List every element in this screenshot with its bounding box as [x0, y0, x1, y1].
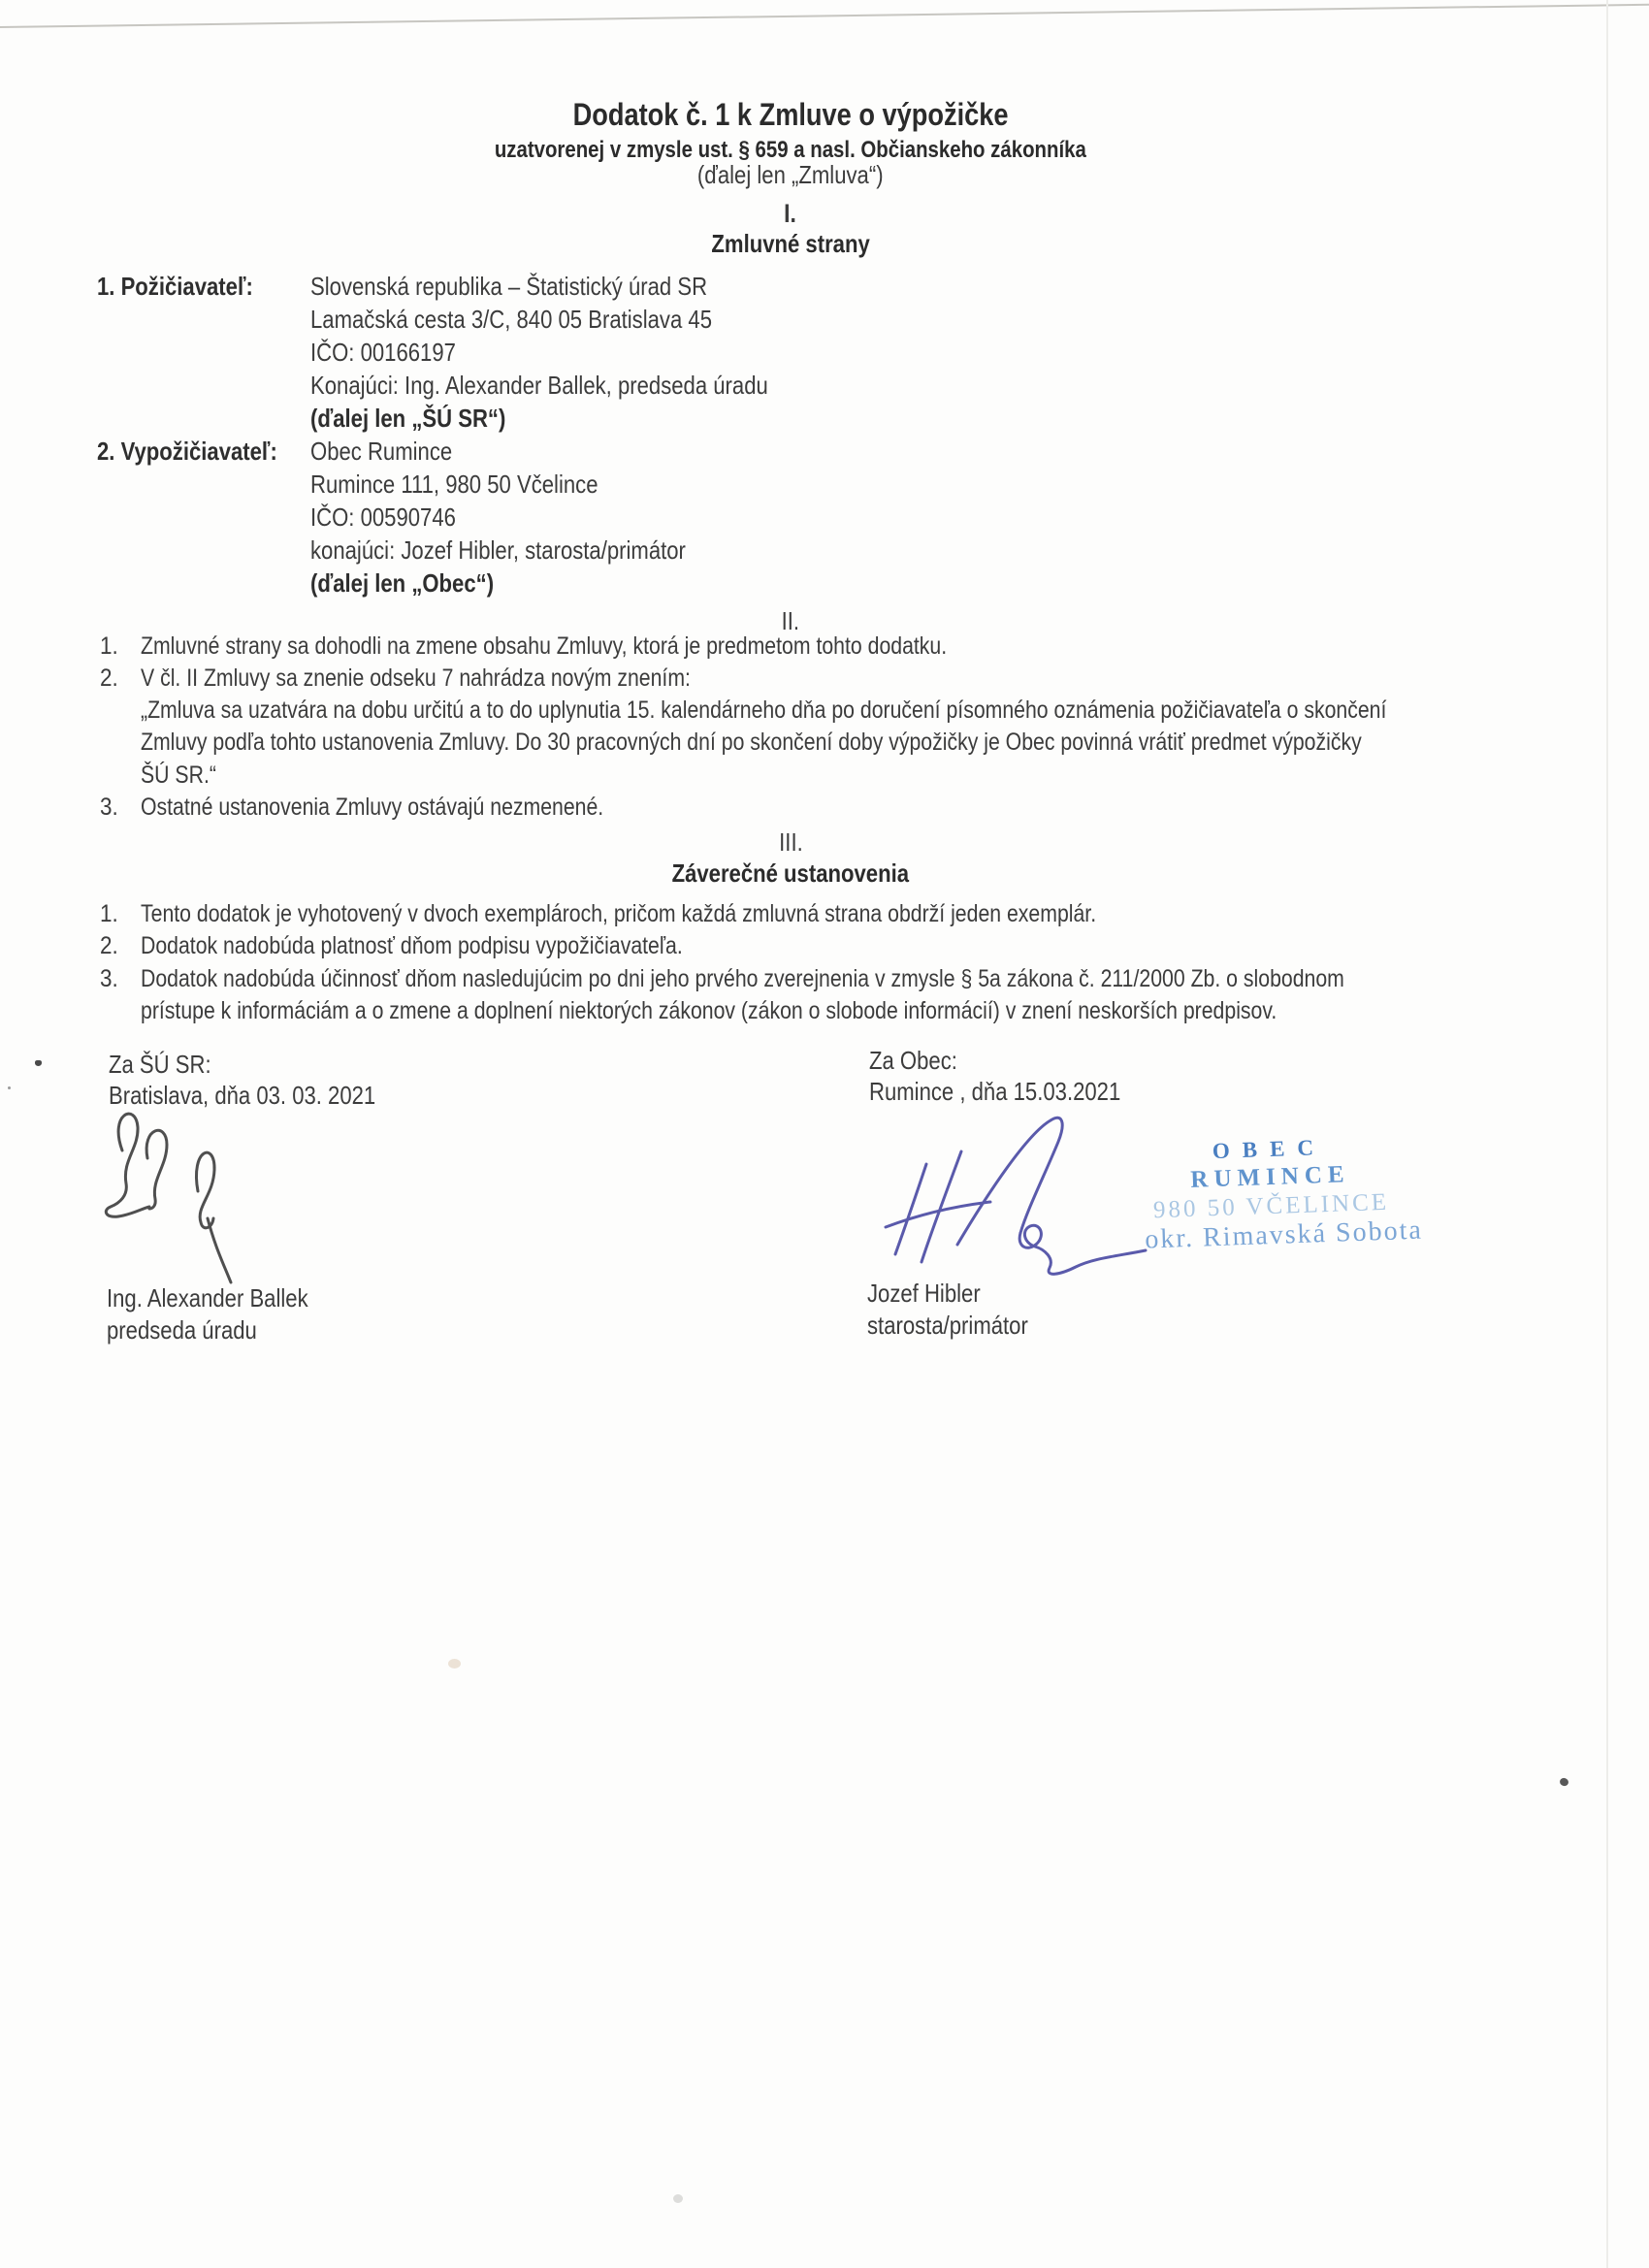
- party-2-label: 2. Vypožičiavateľ:: [97, 435, 277, 468]
- party-2-name: Obec Rumince: [310, 435, 686, 468]
- party-2-address: Rumince 111, 980 50 Včelince: [310, 468, 686, 501]
- section-2-item-2-number: 2.: [100, 663, 135, 695]
- party-1-name: Slovenská republika – Štatistický úrad S…: [310, 270, 768, 303]
- party-2-alias: (ďalej len „Obec“): [310, 567, 686, 599]
- section-3-item-2-text: Dodatok nadobúda platnosť dňom podpisu v…: [141, 930, 683, 962]
- section-2-item-1-number: 1.: [100, 631, 135, 663]
- section-3-item-3-text-line-1: Dodatok nadobúda účinnosť dňom nasledujú…: [141, 963, 1344, 995]
- scan-speck: [35, 1060, 42, 1066]
- section-3-item-1-number: 1.: [100, 898, 135, 930]
- party-2-ico: IČO: 00590746: [310, 501, 686, 534]
- scan-speck: [8, 1086, 11, 1089]
- party-1-details: Slovenská republika – Štatistický úrad S…: [310, 270, 849, 435]
- section-2-item-3-text: Ostatné ustanovenia Zmluvy ostávajú nezm…: [141, 792, 603, 824]
- signatory-left-name: Ing. Alexander Ballek: [107, 1282, 308, 1314]
- section-3-item-3-text-line-2: prístupe k informáciám a o zmene a dopln…: [141, 995, 1277, 1027]
- signatory-left: Ing. Alexander Ballek predseda úradu: [107, 1282, 343, 1346]
- scanned-contract-page: Dodatok č. 1 k Zmluve o výpožičke uzatvo…: [0, 0, 1649, 2268]
- party-1-address: Lamačská cesta 3/C, 840 05 Bratislava 45: [310, 303, 768, 336]
- scan-edge-line-right: [1606, 0, 1608, 2268]
- scan-speck: [673, 2194, 683, 2203]
- document-subtitle-note: (ďalej len „Zmluva“): [0, 161, 1581, 190]
- section-2-item-3-number: 3.: [100, 792, 135, 824]
- party-1-label: 1. Požičiavateľ:: [97, 270, 253, 303]
- section-1-heading: Zmluvné strany: [0, 230, 1581, 259]
- party-1-representative: Konajúci: Ing. Alexander Ballek, predsed…: [310, 369, 768, 402]
- signatory-left-role: predseda úradu: [107, 1314, 308, 1346]
- party-1-ico: IČO: 00166197: [310, 336, 768, 369]
- signature-left-party: Za ŠÚ SR:: [109, 1050, 211, 1080]
- section-2-quote-line-3: ŠÚ SR.“: [141, 760, 216, 792]
- party-1-alias: (ďalej len „ŠÚ SR“): [310, 402, 768, 435]
- section-2-item-1-text: Zmluvné strany sa dohodli na zmene obsah…: [141, 631, 947, 663]
- handwritten-signature-ballek: [85, 1094, 289, 1288]
- section-3-item-3-number: 3.: [100, 963, 135, 995]
- signature-right-party: Za Obec:: [869, 1046, 957, 1076]
- section-3-item-1-text: Tento dodatok je vyhotovený v dvoch exem…: [141, 898, 1096, 930]
- section-3-heading: Záverečné ustanovenia: [0, 859, 1581, 889]
- scan-speck: [1559, 1777, 1569, 1788]
- section-2-item-2-text: V čl. II Zmluvy sa znenie odseku 7 nahrá…: [141, 663, 691, 695]
- party-2-representative: konajúci: Jozef Hibler, starosta/primáto…: [310, 534, 686, 567]
- party-2-details: Obec Rumince Rumince 111, 980 50 Včelinc…: [310, 435, 752, 599]
- section-2-quote-line-1: „Zmluva sa uzatvára na dobu určitú a to …: [141, 695, 1386, 727]
- section-1-number: I.: [0, 199, 1581, 229]
- signatory-right-name: Jozef Hibler: [867, 1278, 1028, 1310]
- section-3-item-2-number: 2.: [100, 930, 135, 962]
- section-2-quote-line-2: Zmluvy podľa tohto ustanovenia Zmluvy. D…: [141, 727, 1362, 759]
- section-3-number: III.: [0, 828, 1581, 858]
- signatory-right-role: starosta/primátor: [867, 1310, 1028, 1342]
- scan-speck: [448, 1659, 461, 1669]
- signatory-right: Jozef Hibler starosta/primátor: [867, 1278, 1056, 1342]
- document-title: Dodatok č. 1 k Zmluve o výpožičke: [0, 97, 1581, 133]
- scan-edge-line-top: [0, 4, 1649, 28]
- municipal-stamp: OBEC RUMINCE 980 50 VČELINCE okr. Rimavs…: [1104, 1127, 1438, 1257]
